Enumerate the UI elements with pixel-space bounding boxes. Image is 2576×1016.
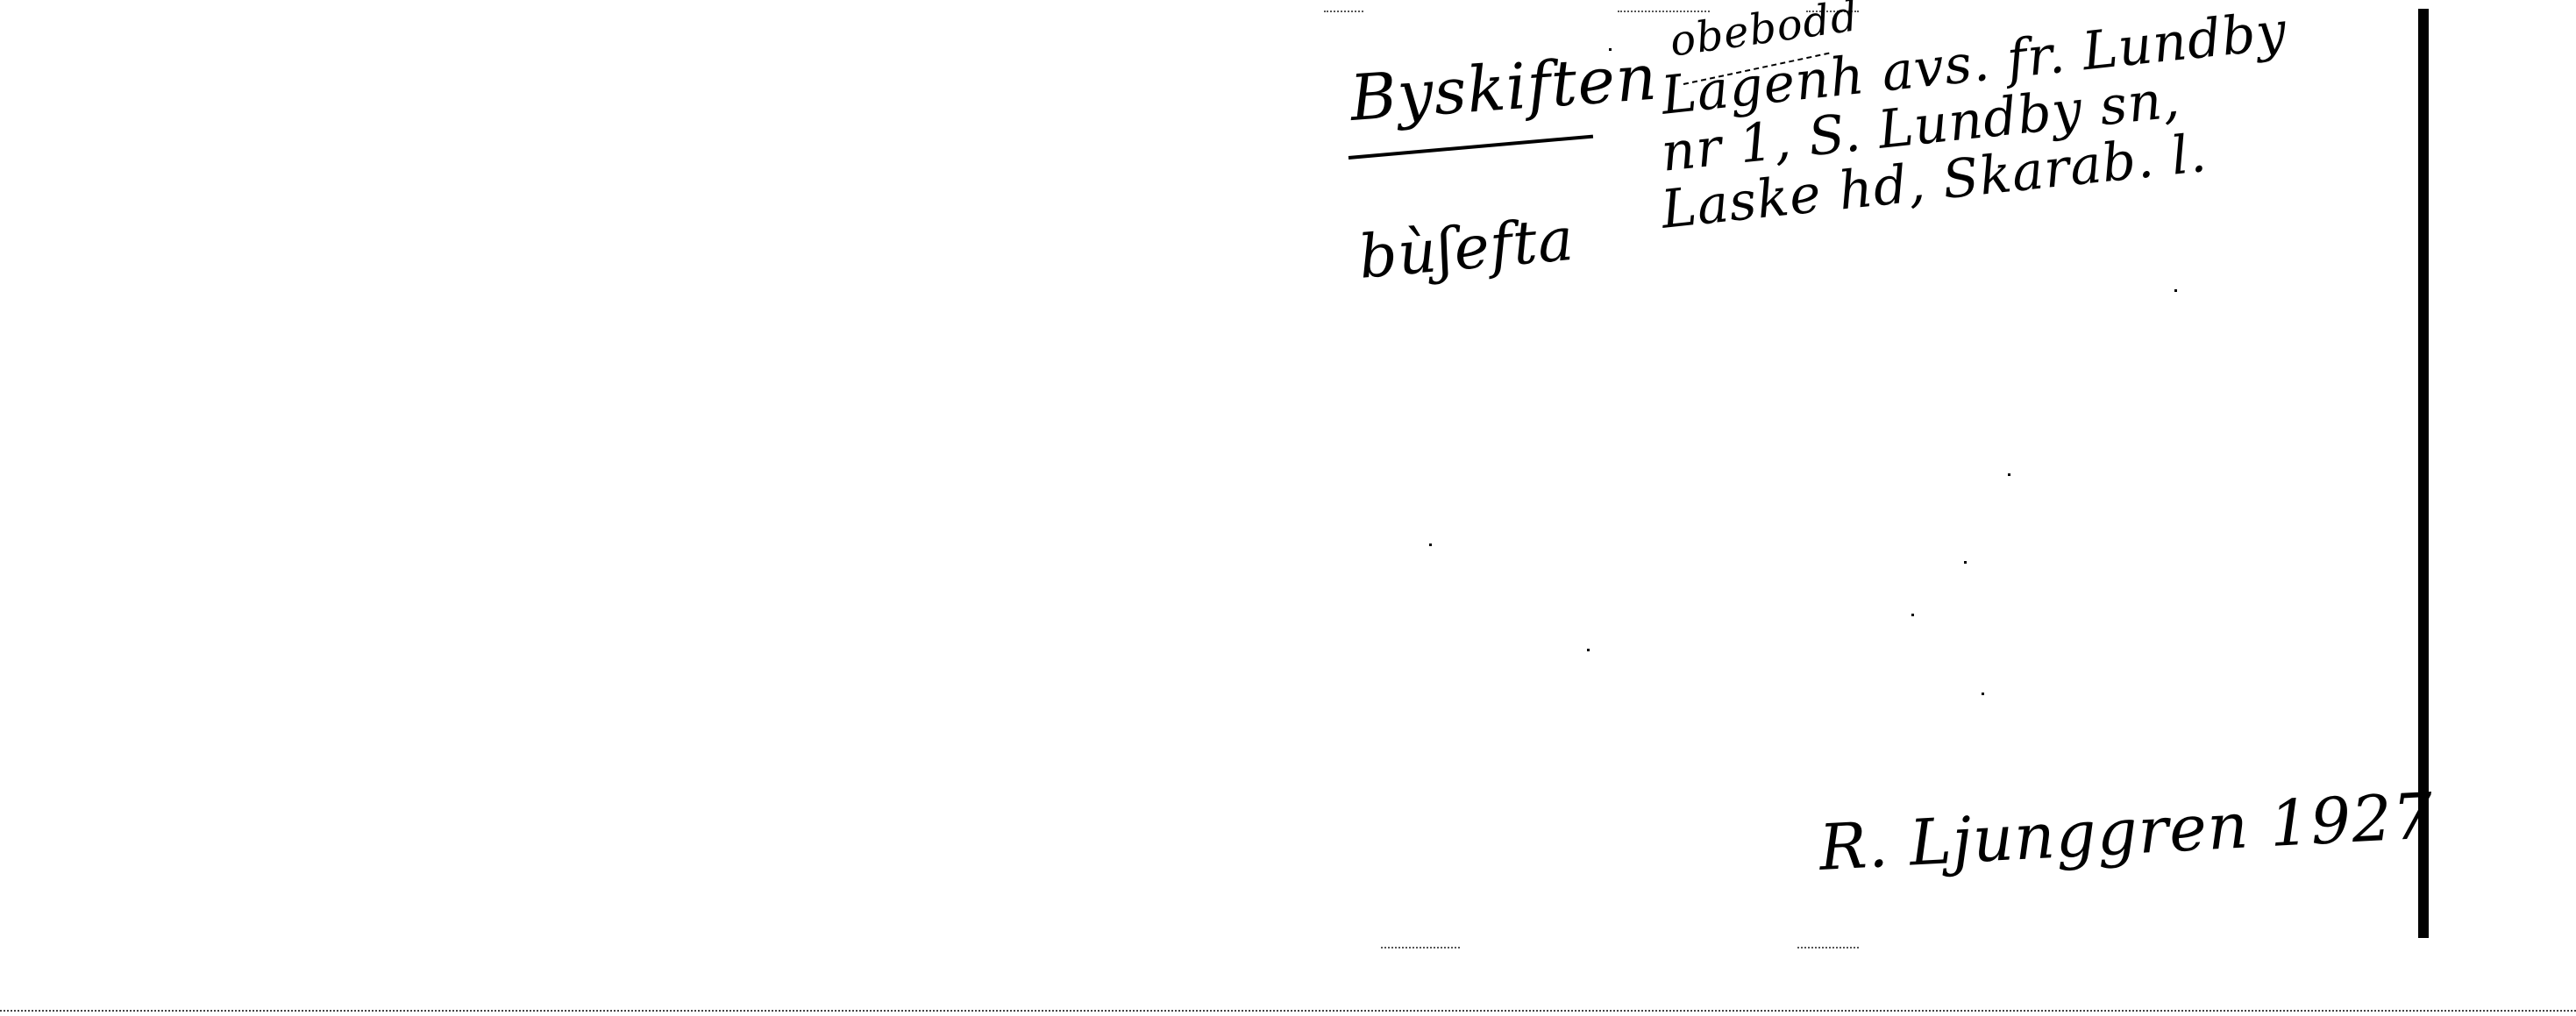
scan-speck — [1911, 614, 1914, 616]
scan-speck — [2008, 473, 2010, 476]
scanned-page: Byskiften bùʃefta obebodd Lagenh avs. fr… — [0, 0, 2576, 1016]
headword: Byskiften — [1348, 40, 1660, 135]
scan-speck — [1626, 75, 1629, 77]
blank-margin-area — [0, 0, 1298, 964]
pronunciation: bùʃefta — [1356, 205, 1577, 293]
card-right-edge — [2418, 9, 2429, 938]
headword-underline — [1348, 135, 1593, 160]
scan-speck — [1982, 693, 1984, 695]
scan-speck — [1964, 561, 1967, 564]
archive-card: Byskiften bùʃefta obebodd Lagenh avs. fr… — [1298, 0, 2446, 951]
scan-speck — [1609, 48, 1612, 51]
scan-bottom-edge — [0, 1010, 2576, 1012]
bottom-edge-mark — [1797, 947, 1859, 949]
collector-signature: R. Ljunggren 1927 — [1818, 778, 2436, 885]
top-edge-mark — [1324, 11, 1363, 12]
scan-speck — [1429, 544, 1432, 546]
scan-speck — [1587, 649, 1590, 651]
top-edge-mark — [1618, 11, 1710, 12]
scan-speck — [2174, 289, 2177, 292]
bottom-edge-mark — [1381, 947, 1460, 949]
